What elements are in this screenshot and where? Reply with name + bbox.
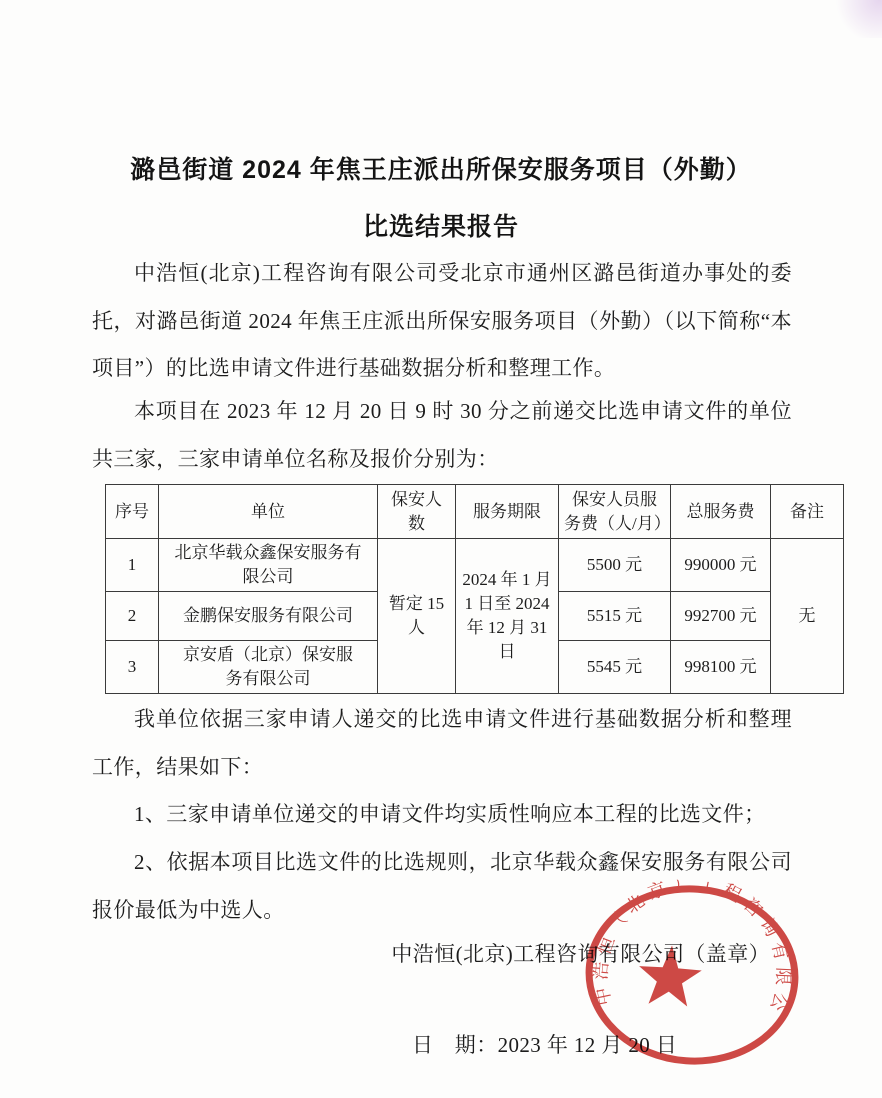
service-period-cell: 2024 年 1 月 1 日至 2024 年 12 月 31 日 [456, 539, 559, 694]
row3-fee: 5545 元 [559, 641, 671, 694]
document-title-line1: 潞邑街道 2024 年焦王庄派出所保安服务项目（外勤） [0, 150, 882, 186]
row3-seq: 3 [106, 641, 159, 694]
table-row: 1 北京华载众鑫保安服务有 限公司 暂定 15 人 2024 年 1 月 1 日… [106, 539, 844, 592]
row1-fee: 5500 元 [559, 539, 671, 592]
remark-cell: 无 [771, 539, 844, 694]
guard-count-cell: 暂定 15 人 [378, 539, 456, 694]
result-item-2: 2、依据本项目比选文件的比选规则，北京华载众鑫保安服务有限公司报价最低为中选人。 [92, 839, 792, 934]
row2-unit: 金鹏保安服务有限公司 [159, 592, 378, 641]
paragraph-analysis: 我单位依据三家申请人递交的比选申请文件进行基础数据分析和整理工作，结果如下： [92, 696, 792, 791]
row3-total: 998100 元 [671, 641, 771, 694]
row1-total: 990000 元 [671, 539, 771, 592]
header-guard-count: 保安人数 [378, 485, 456, 539]
paragraph-submission: 本项目在 2023 年 12 月 20 日 9 时 30 分之前递交比选申请文件… [92, 388, 792, 483]
row2-seq: 2 [106, 592, 159, 641]
row2-total: 992700 元 [671, 592, 771, 641]
date-line: 日 期：2023 年 12 月 20 日 [412, 1022, 677, 1070]
paragraph-intro: 中浩恒(北京)工程咨询有限公司受北京市通州区潞邑街道办事处的委托，对潞邑街道 2… [92, 250, 792, 393]
row1-unit: 北京华载众鑫保安服务有 限公司 [159, 539, 378, 592]
row1-seq: 1 [106, 539, 159, 592]
header-total-fee: 总服务费 [671, 485, 771, 539]
scanned-document-page: 潞邑街道 2024 年焦王庄派出所保安服务项目（外勤） 比选结果报告 中浩恒(北… [0, 0, 882, 1098]
signature-line: 中浩恒(北京)工程咨询有限公司（盖章） [92, 931, 770, 979]
header-seq: 序号 [106, 485, 159, 539]
header-unit: 单位 [159, 485, 378, 539]
bid-comparison-table: 序号 单位 保安人数 服务期限 保安人员服务费（人/月） 总服务费 备注 1 北… [105, 484, 844, 694]
header-service-period: 服务期限 [456, 485, 559, 539]
document-title-line2: 比选结果报告 [0, 207, 882, 243]
header-remark: 备注 [771, 485, 844, 539]
result-item-1: 1、三家申请单位递交的申请文件均实质性响应本工程的比选文件； [92, 791, 792, 839]
scan-smudge [830, 0, 882, 38]
row2-fee: 5515 元 [559, 592, 671, 641]
row3-unit: 京安盾（北京）保安服 务有限公司 [159, 641, 378, 694]
table-header-row: 序号 单位 保安人数 服务期限 保安人员服务费（人/月） 总服务费 备注 [106, 485, 844, 539]
header-monthly-fee: 保安人员服务费（人/月） [559, 485, 671, 539]
